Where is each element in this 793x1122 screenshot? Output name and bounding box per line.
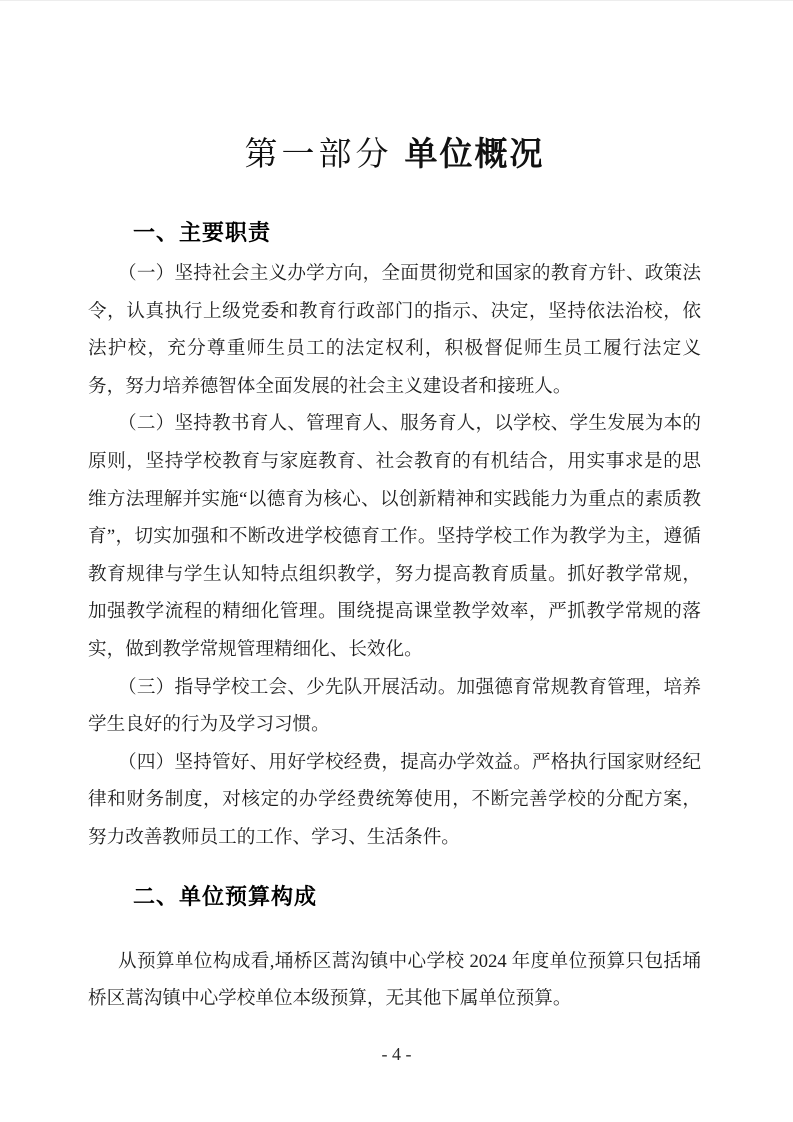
page-footer: - 4 -	[0, 1043, 793, 1065]
paragraph-duty-2: （二）坚持教书育人、管理育人、服务育人，以学校、学生发展为本的原则，坚持学校教育…	[88, 405, 701, 668]
section-heading-main-duties: 一、主要职责	[88, 219, 701, 247]
document-title: 第一部分单位概况	[88, 132, 701, 177]
title-part-number: 第一部分	[245, 137, 393, 173]
section-heading-budget-composition: 二、单位预算构成	[88, 883, 701, 911]
title-subject: 单位概况	[405, 135, 545, 172]
paragraph-duty-3: （三）指导学校工会、少先队开展活动。加强德育常规教育管理，培养学生良好的行为及学…	[88, 669, 701, 744]
document-page: 第一部分单位概况 一、主要职责 （一）坚持社会主义办学方向，全面贯彻党和国家的教…	[0, 0, 793, 1122]
paragraph-duty-4: （四）坚持管好、用好学校经费，提高办学效益。严格执行国家财经纪律和财务制度，对核…	[88, 744, 701, 857]
paragraph-budget-composition: 从预算单位构成看,埇桥区蒿沟镇中心学校 2024 年度单位预算只包括埇桥区蒿沟镇…	[88, 943, 701, 1018]
page-number: - 4 -	[382, 1044, 412, 1064]
paragraph-duty-1: （一）坚持社会主义办学方向，全面贯彻党和国家的教育方针、政策法令，认真执行上级党…	[88, 255, 701, 405]
